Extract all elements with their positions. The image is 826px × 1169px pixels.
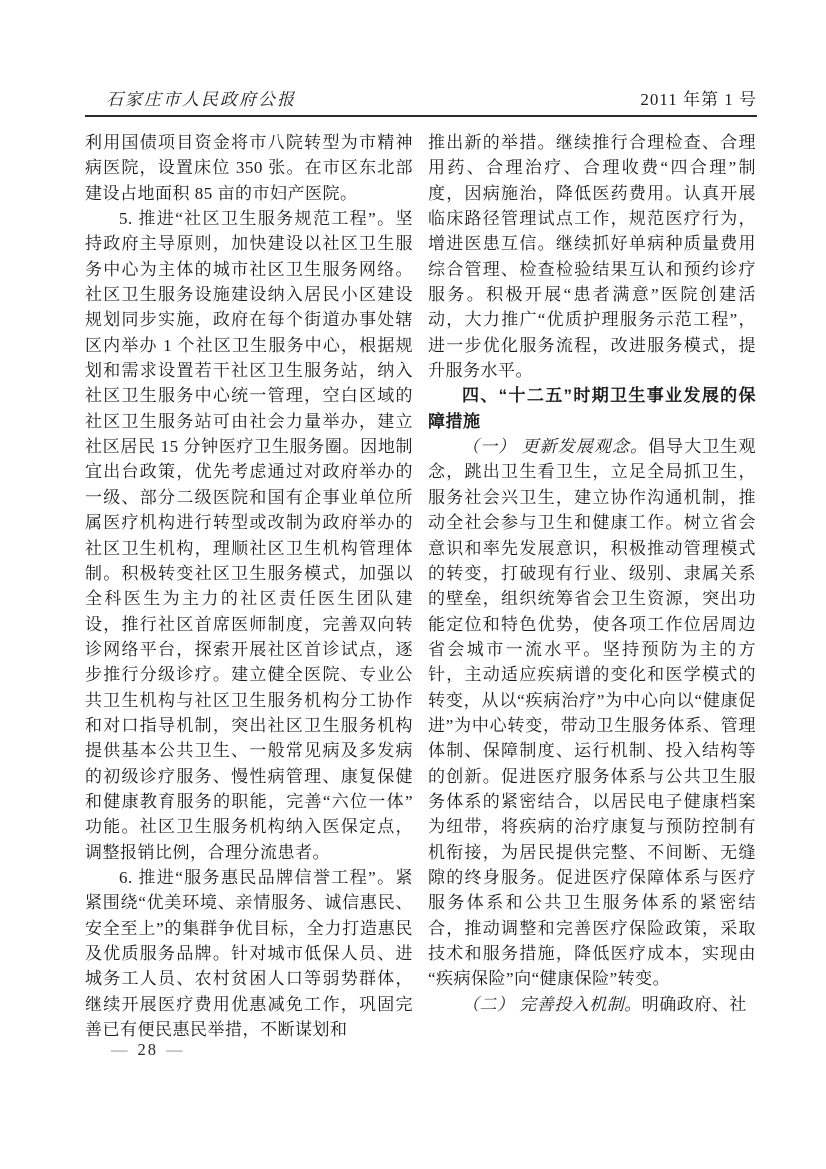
section-heading: 四、“十二五”时期卫生事业发展的保障措施 bbox=[428, 383, 756, 434]
page-number-dash-left: — bbox=[103, 1040, 138, 1059]
gazette-page: 石家庄市人民政府公报 2011 年第 1 号 利用国债项目资金将市八院转型为市精… bbox=[0, 0, 826, 1169]
right-column: 推出新的举措。继续推行合理检查、合理用药、合理治疗、合理收费“四合理”制度，因病… bbox=[428, 130, 756, 1042]
page-number: 28 bbox=[138, 1040, 159, 1059]
text-columns: 利用国债项目资金将市八院转型为市精神病医院，设置床位 350 张。在市区东北部建… bbox=[85, 130, 757, 1042]
paragraph-continuation: 利用国债项目资金将市八院转型为市精神病医院，设置床位 350 张。在市区东北部建… bbox=[85, 130, 413, 206]
header-rule bbox=[85, 115, 757, 117]
paragraph-lead: （二） 完善投入机制。 bbox=[462, 995, 642, 1014]
paragraph-body: 倡导大卫生观念，跳出卫生看卫生，立足全局抓卫生，服务社会兴卫生，建立协作沟通机制… bbox=[428, 437, 756, 988]
paragraph-subsection-2: （二） 完善投入机制。明确政府、社 bbox=[428, 992, 756, 1017]
page-number-dash-right: — bbox=[158, 1040, 193, 1059]
issue-number: 2011 年第 1 号 bbox=[640, 90, 757, 110]
page-header: 石家庄市人民政府公报 2011 年第 1 号 bbox=[85, 90, 757, 110]
publication-title: 石家庄市人民政府公报 bbox=[106, 90, 296, 110]
paragraph-item-5: 5. 推进“社区卫生服务规范工程”。坚持政府主导原则，加快建设以社区卫生服务中心… bbox=[85, 206, 413, 865]
left-column: 利用国债项目资金将市八院转型为市精神病医院，设置床位 350 张。在市区东北部建… bbox=[85, 130, 413, 1042]
paragraph-continuation: 推出新的举措。继续推行合理检查、合理用药、合理治疗、合理收费“四合理”制度，因病… bbox=[428, 130, 756, 383]
paragraph-subsection-1: （一） 更新发展观念。倡导大卫生观念，跳出卫生看卫生，立足全局抓卫生，服务社会兴… bbox=[428, 434, 756, 992]
paragraph-item-6: 6. 推进“服务惠民品牌信誉工程”。紧紧围绕“优美环境、亲情服务、诚信惠民、安全… bbox=[85, 865, 413, 1042]
page-footer: —28— bbox=[103, 1040, 193, 1060]
paragraph-body: 明确政府、社 bbox=[642, 995, 747, 1014]
paragraph-lead: （一） 更新发展观念。 bbox=[462, 437, 648, 456]
